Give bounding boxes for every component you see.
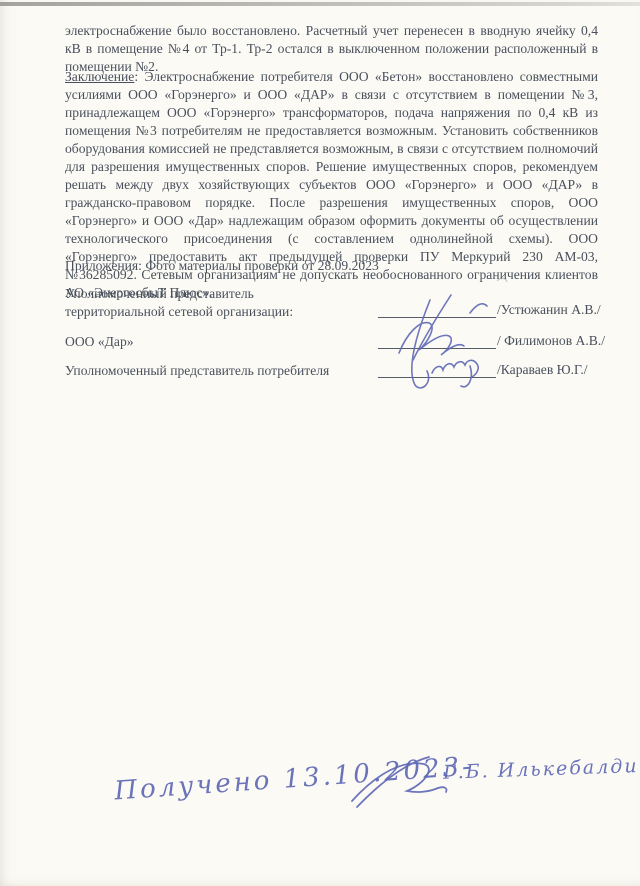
signature-name-filimonov: / Филимонов А.В./ [496,333,605,349]
signature-row-tso: /Устюжанин А.В./ [378,301,608,318]
scan-edge-artifact [0,2,640,6]
signature-label-tso: Уполномоченный представитель территориал… [65,285,293,320]
handwritten-received-note: Получено 13.10.2023- [113,751,474,806]
signature-row-consumer: /Караваев Ю.Г./ [378,361,608,378]
conclusion-label: Заключение [65,69,134,84]
scanned-document-page: электроснабжение было восстановлено. Рас… [0,0,640,886]
signature-name-ustyuzhanin: /Устюжанин А.В./ [496,302,601,318]
signature-label-dar: ООО «Дар» [65,333,134,351]
signature-label-tso-line1: Уполномоченный представитель [65,285,293,303]
signature-label-consumer: Уполномоченный представитель потребителя [65,362,329,380]
signature-label-tso-line2: территориальной сетевой организации: [65,303,293,321]
attachments-line: Приложения: Фото материалы проверки от 2… [65,257,598,275]
signature-line-dar [378,332,496,349]
signature-row-dar: / Филимонов А.В./ [378,332,608,349]
signature-line-consumer [378,361,496,378]
conclusion-colon: : [134,69,144,84]
signature-name-karavaev: /Караваев Ю.Г./ [496,362,588,378]
signature-line-tso [378,301,496,318]
